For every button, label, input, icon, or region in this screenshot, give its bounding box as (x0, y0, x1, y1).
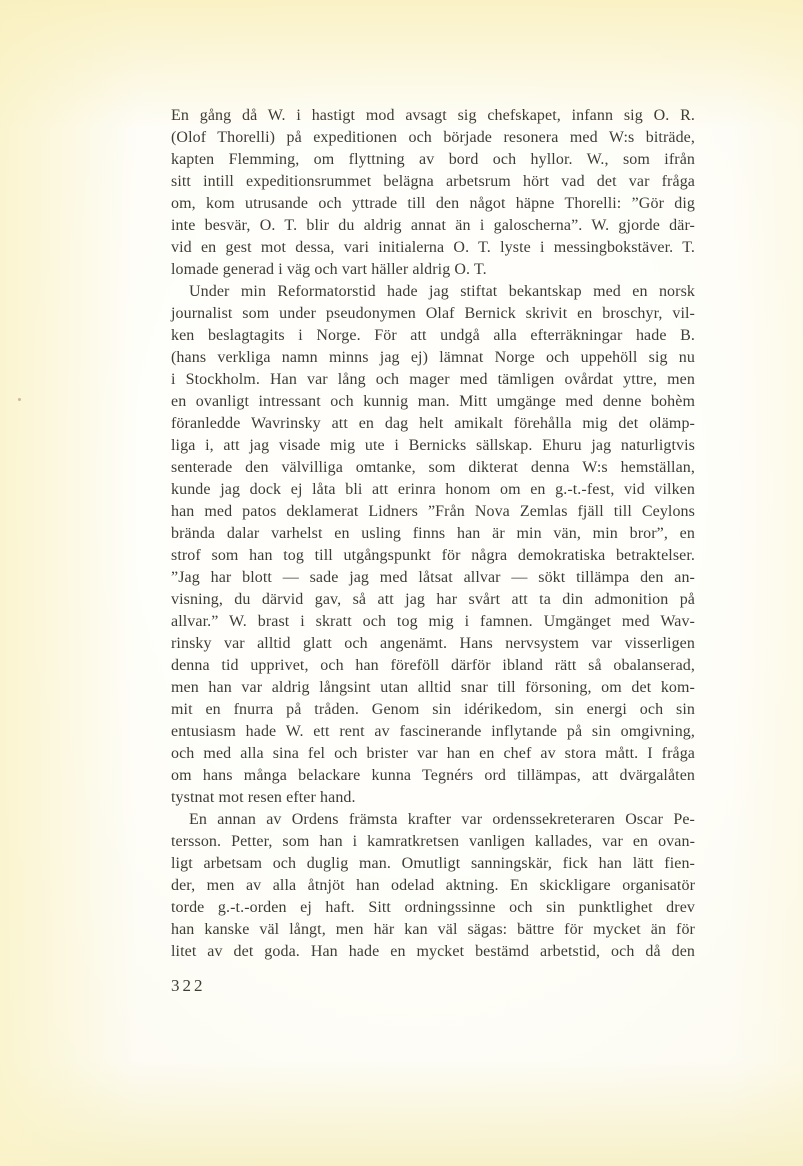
text-line: torde g.-t.-orden ej haft. Sitt ordnings… (171, 897, 695, 919)
text-line: ligt arbetsam och duglig man. Omutligt s… (171, 853, 695, 875)
text-line: om hans många belackare kunna Tegnérs or… (171, 765, 695, 787)
text-line: men han var aldrig långsint utan alltid … (171, 677, 695, 699)
text-line: och med alla sina fel och brister var ha… (171, 743, 695, 765)
text-line: kapten Flemming, om flyttning av bord oc… (171, 149, 695, 171)
paragraph: En gång då W. i hastigt mod avsagt sig c… (171, 105, 695, 281)
text-line: kunde jag dock ej låta bli att erinra ho… (171, 479, 695, 501)
text-line: liga i, att jag visade mig ute i Bernick… (171, 435, 695, 457)
text-line: i Stockholm. Han var lång och mager med … (171, 369, 695, 391)
text-line: tystnat mot resen efter hand. (171, 787, 695, 809)
text-line: ”Jag har blott — sade jag med låtsat all… (171, 567, 695, 589)
text-line: en ovanligt intressant och kunnig man. M… (171, 391, 695, 413)
text-line: En annan av Ordens främsta krafter var o… (171, 809, 695, 831)
book-page-scan: En gång då W. i hastigt mod avsagt sig c… (0, 0, 803, 1166)
text-line: vid en gest mot dessa, vari initialerna … (171, 237, 695, 259)
text-line: lomade generad i väg och vart häller ald… (171, 259, 695, 281)
paragraph: Under min Reformatorstid hade jag stifta… (171, 281, 695, 809)
text-line: sitt intill expeditionsrummet belägna ar… (171, 171, 695, 193)
text-line: strof som han tog till utgångspunkt för … (171, 545, 695, 567)
text-line: denna tid upprivet, och han föreföll där… (171, 655, 695, 677)
text-line: mit en fnurra på tråden. Genom sin idéri… (171, 699, 695, 721)
text-line: allvar.” W. brast i skratt och tog mig i… (171, 611, 695, 633)
text-line: visning, du därvid gav, så att jag har s… (171, 589, 695, 611)
text-line: tersson. Petter, som han i kamratkretsen… (171, 831, 695, 853)
text-line: senterade den välvilliga omtanke, som di… (171, 457, 695, 479)
paragraph: En annan av Ordens främsta krafter var o… (171, 809, 695, 963)
text-line: han med patos deklamerat Lidners ”Från N… (171, 501, 695, 523)
text-line: entusiasm hade W. ett rent av fascineran… (171, 721, 695, 743)
text-line: (Olof Thorelli) på expeditionen och börj… (171, 127, 695, 149)
text-line: Under min Reformatorstid hade jag stifta… (171, 281, 695, 303)
text-line: litet av det goda. Han hade en mycket be… (171, 941, 695, 963)
text-line: der, men av alla åtnjöt han odelad aktni… (171, 875, 695, 897)
text-line: En gång då W. i hastigt mod avsagt sig c… (171, 105, 695, 127)
text-line: ken beslagtagits i Norge. För att undgå … (171, 325, 695, 347)
text-line: han kanske väl långt, men här kan väl sä… (171, 919, 695, 941)
text-line: om, kom utrusande och yttrade till den n… (171, 193, 695, 215)
text-line: (hans verkliga namn minns jag ej) lämnat… (171, 347, 695, 369)
text-line: brända dalar varhelst en usling finns ha… (171, 523, 695, 545)
dust-speck (18, 398, 21, 401)
text-line: rinsky var alltid glatt och angenämt. Ha… (171, 633, 695, 655)
text-line: inte besvär, O. T. blir du aldrig annat … (171, 215, 695, 237)
text-line: föranledde Wavrinsky att en dag helt ami… (171, 413, 695, 435)
page-number: 322 (171, 976, 206, 996)
page-text: En gång då W. i hastigt mod avsagt sig c… (171, 105, 695, 963)
text-line: journalist som under pseudonymen Olaf Be… (171, 303, 695, 325)
